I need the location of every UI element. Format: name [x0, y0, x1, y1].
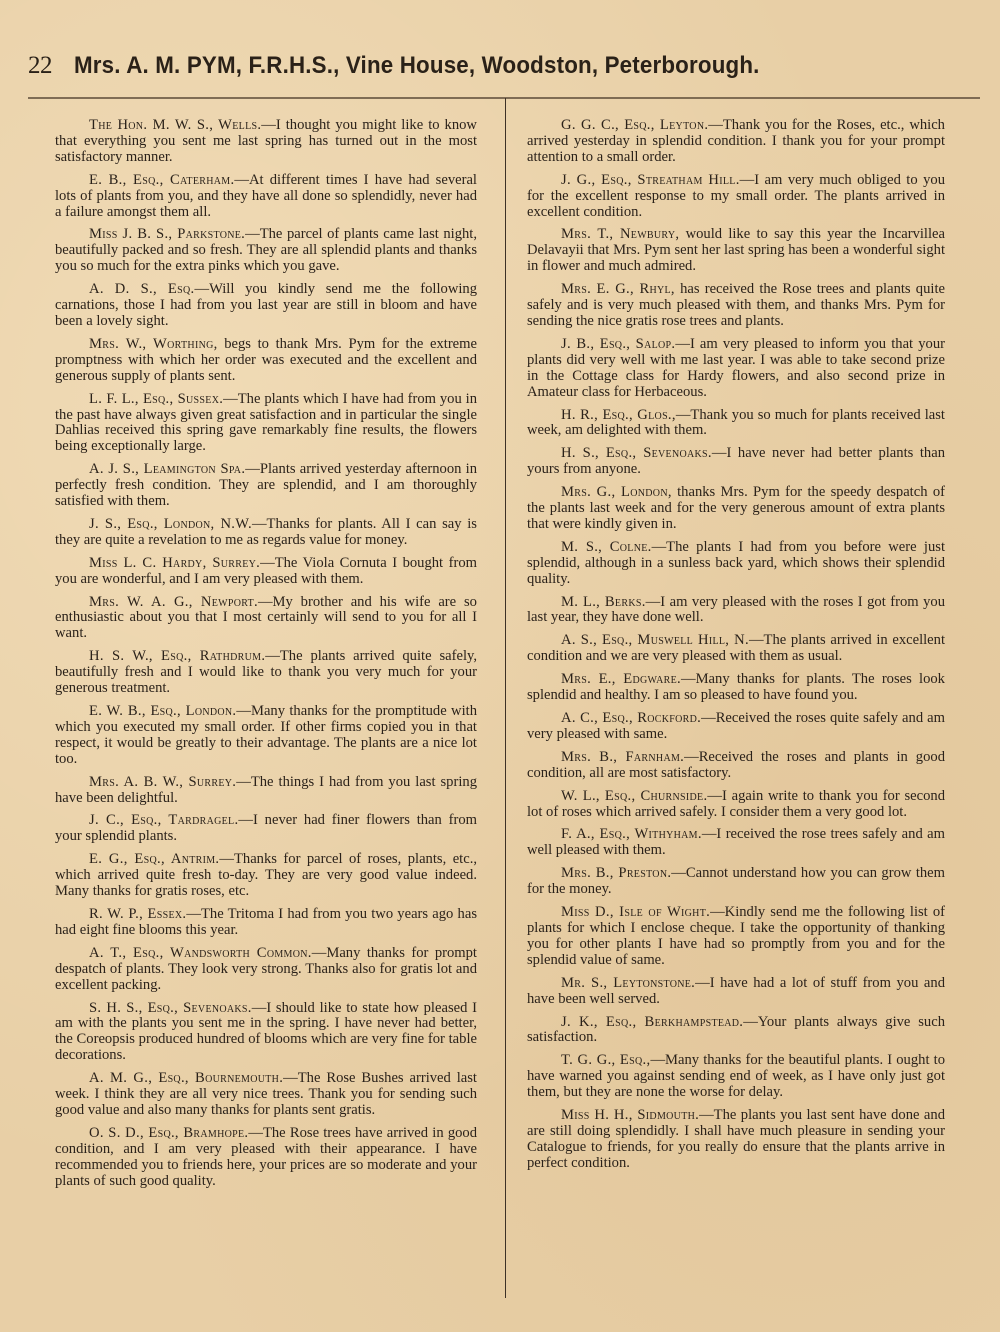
testimonial: Mr. S., Leytonstone.—I have had a lot of…: [527, 976, 945, 1008]
testimonial: Mrs. E., Edgware.—Many thanks for plants…: [527, 672, 945, 704]
testimonial-sender: Mrs. W. A. G., Newport.: [89, 594, 258, 610]
testimonial-sender: J. C., Esq., Tardragel.: [89, 812, 238, 828]
testimonial-sender: J. G., Esq., Streatham Hill.: [561, 172, 740, 188]
page-header: 22 Mrs. A. M. PYM, F.R.H.S., Vine House,…: [28, 52, 908, 92]
testimonial-sender: Mrs. E. G., Rhyl,: [561, 281, 675, 297]
testimonial: Mrs. T., Newbury, would like to say this…: [527, 227, 945, 275]
testimonial-sender: J. K., Esq., Berkhampstead.: [561, 1014, 743, 1030]
testimonial-sender: A. J. S., Leamington Spa.: [89, 461, 245, 477]
left-column: The Hon. M. W. S., Wells.—I thought you …: [55, 118, 477, 1196]
testimonial-sender: F. A., Esq., Withyham.: [561, 826, 702, 842]
column-divider: [505, 98, 506, 1298]
testimonial: G. G. C., Esq., Leyton.—Thank you for th…: [527, 118, 945, 166]
testimonial: T. G. G., Esq.,—Many thanks for the beau…: [527, 1053, 945, 1101]
testimonial-sender: J. S., Esq., London, N.W.: [89, 516, 252, 532]
testimonial-sender: H. S., Esq., Sevenoaks.: [561, 445, 712, 461]
testimonial: F. A., Esq., Withyham.—I received the ro…: [527, 827, 945, 859]
testimonial-sender: J. B., Esq., Salop.: [561, 336, 675, 352]
header-rule: [28, 97, 980, 99]
testimonial-sender: M. S., Colne.: [561, 539, 652, 555]
testimonial: Miss D., Isle of Wight.—Kindly send me t…: [527, 905, 945, 969]
testimonial: L. F. L., Esq., Sussex.—The plants which…: [55, 392, 477, 456]
testimonial-sender: Miss D., Isle of Wight.: [561, 904, 710, 920]
testimonial-sender: M. L., Berks.: [561, 594, 646, 610]
testimonial-sender: Mrs. E., Edgware.: [561, 671, 681, 687]
testimonial-sender: H. R., Esq., Glos.,: [561, 407, 676, 423]
testimonial: E. G., Esq., Antrim.—Thanks for parcel o…: [55, 852, 477, 900]
testimonial-sender: A. C., Esq., Rockford.: [561, 710, 701, 726]
testimonial-sender: Mrs. B., Preston.: [561, 865, 671, 881]
testimonial: J. B., Esq., Salop.—I am very pleased to…: [527, 337, 945, 401]
testimonial-sender: A. M. G., Esq., Bournemouth.: [89, 1070, 283, 1086]
testimonial-sender: Miss L. C. Hardy, Surrey.: [89, 555, 260, 571]
testimonial-sender: Mrs. A. B. W., Surrey.: [89, 774, 236, 790]
testimonial: Mrs. B., Preston.—Cannot understand how …: [527, 866, 945, 898]
testimonial: H. S., Esq., Sevenoaks.—I have never had…: [527, 446, 945, 478]
testimonial-sender: The Hon. M. W. S., Wells.: [89, 117, 261, 133]
testimonial: O. S. D., Esq., Bramhope.—The Rose trees…: [55, 1126, 477, 1190]
testimonial: Mrs. B., Farnham.—Received the roses and…: [527, 750, 945, 782]
testimonial-sender: O. S. D., Esq., Bramhope.: [89, 1125, 248, 1141]
testimonial-sender: L. F. L., Esq., Sussex.: [89, 391, 223, 407]
testimonial: R. W. P., Essex.—The Tritoma I had from …: [55, 907, 477, 939]
testimonial: A. M. G., Esq., Bournemouth.—The Rose Bu…: [55, 1071, 477, 1119]
testimonial-sender: E. W. B., Esq., London.: [89, 703, 236, 719]
testimonial: Miss H. H., Sidmouth.—The plants you las…: [527, 1108, 945, 1172]
testimonial-sender: Mr. S., Leytonstone.: [561, 975, 695, 991]
testimonial-sender: A. T., Esq., Wandsworth Common.: [89, 945, 312, 961]
testimonial: H. R., Esq., Glos.,—Thank you so much fo…: [527, 408, 945, 440]
testimonial: Mrs. W., Worthing, begs to thank Mrs. Py…: [55, 337, 477, 385]
testimonial: Miss J. B. S., Parkstone.—The parcel of …: [55, 227, 477, 275]
testimonial-sender: E. B., Esq., Caterham.: [89, 172, 234, 188]
testimonial-sender: Mrs. G., London,: [561, 484, 672, 500]
testimonial-sender: T. G. G., Esq.,: [561, 1052, 650, 1068]
testimonial: S. H. S., Esq., Sevenoaks.—I should like…: [55, 1001, 477, 1065]
catalogue-page: 22 Mrs. A. M. PYM, F.R.H.S., Vine House,…: [0, 0, 1000, 1332]
testimonial: Mrs. W. A. G., Newport.—My brother and h…: [55, 595, 477, 643]
page-number: 22: [28, 52, 52, 80]
testimonial: Mrs. A. B. W., Surrey.—The things I had …: [55, 775, 477, 807]
testimonial: A. J. S., Leamington Spa.—Plants arrived…: [55, 462, 477, 510]
page-title: Mrs. A. M. PYM, F.R.H.S., Vine House, Wo…: [74, 52, 760, 80]
testimonial-sender: E. G., Esq., Antrim.: [89, 851, 219, 867]
testimonial-sender: S. H. S., Esq., Sevenoaks.: [89, 1000, 252, 1016]
testimonial-sender: Mrs. W., Worthing,: [89, 336, 218, 352]
testimonial: A. T., Esq., Wandsworth Common.—Many tha…: [55, 946, 477, 994]
testimonial-sender: G. G. C., Esq., Leyton.: [561, 117, 708, 133]
testimonial: A. C., Esq., Rockford.—Received the rose…: [527, 711, 945, 743]
testimonial: E. B., Esq., Caterham.—At different time…: [55, 173, 477, 221]
testimonial: Mrs. E. G., Rhyl, has received the Rose …: [527, 282, 945, 330]
testimonial: Miss L. C. Hardy, Surrey.—The Viola Corn…: [55, 556, 477, 588]
testimonial-sender: R. W. P., Essex.: [89, 906, 186, 922]
testimonial: J. K., Esq., Berkhampstead.—Your plants …: [527, 1015, 945, 1047]
testimonial: W. L., Esq., Churnside.—I again write to…: [527, 789, 945, 821]
testimonial: J. S., Esq., London, N.W.—Thanks for pla…: [55, 517, 477, 549]
testimonial-sender: Miss H. H., Sidmouth.: [561, 1107, 699, 1123]
testimonial: The Hon. M. W. S., Wells.—I thought you …: [55, 118, 477, 166]
testimonial-sender: H. S. W., Esq., Rathdrum.: [89, 648, 265, 664]
testimonial: A. S., Esq., Muswell Hill, N.—The plants…: [527, 633, 945, 665]
testimonial: M. L., Berks.—I am very pleased with the…: [527, 595, 945, 627]
testimonial: E. W. B., Esq., London.—Many thanks for …: [55, 704, 477, 768]
testimonial: M. S., Colne.—The plants I had from you …: [527, 540, 945, 588]
testimonial: Mrs. G., London, thanks Mrs. Pym for the…: [527, 485, 945, 533]
testimonial-sender: Mrs. T., Newbury,: [561, 226, 679, 242]
testimonial-sender: Miss J. B. S., Parkstone.: [89, 226, 245, 242]
testimonial-sender: Mrs. B., Farnham.: [561, 749, 684, 765]
testimonial-sender: A. D. S., Esq.: [89, 281, 194, 297]
testimonial: J. G., Esq., Streatham Hill.—I am very m…: [527, 173, 945, 221]
testimonial: A. D. S., Esq.—Will you kindly send me t…: [55, 282, 477, 330]
testimonial-sender: A. S., Esq., Muswell Hill, N.: [561, 632, 749, 648]
right-column: G. G. C., Esq., Leyton.—Thank you for th…: [527, 118, 945, 1179]
testimonial-sender: W. L., Esq., Churnside.: [561, 788, 707, 804]
testimonial: H. S. W., Esq., Rathdrum.—The plants arr…: [55, 649, 477, 697]
testimonial: J. C., Esq., Tardragel.—I never had fine…: [55, 813, 477, 845]
